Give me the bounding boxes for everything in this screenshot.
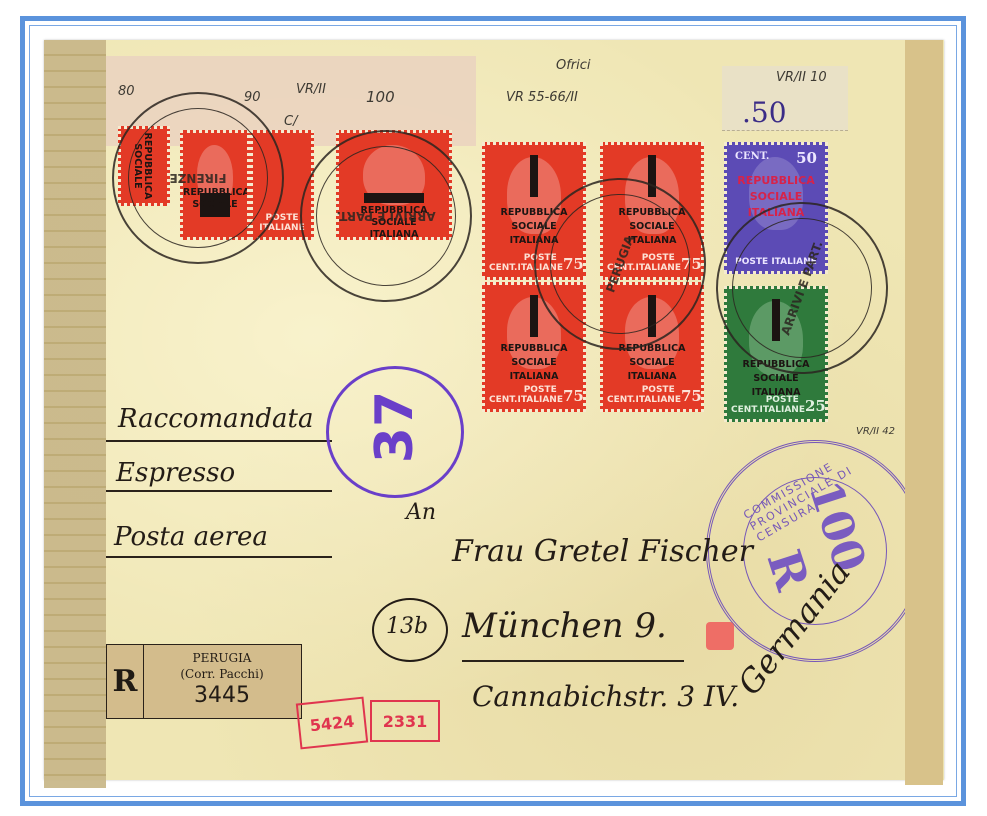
registration-city: PERUGIA	[143, 651, 301, 665]
pencil-note: VR/II 10	[776, 70, 827, 85]
stamp-denomination: 75	[563, 387, 584, 405]
service-posta-aerea: Posta aerea	[114, 522, 268, 552]
overprint-line: REPUBBLICA	[727, 175, 825, 186]
address-name: Frau Gretel Fischer	[452, 534, 753, 569]
underline	[106, 440, 332, 442]
overprint-line: ITALIANA	[485, 371, 583, 382]
postal-district-circle: 13b	[372, 598, 448, 662]
censor-tape-left	[44, 40, 106, 788]
stamp-cent: CENT.	[489, 263, 517, 273]
red-control-mark	[706, 622, 734, 650]
postmark-text: ARRIVI E PART.	[302, 209, 470, 223]
address-street: Cannabichstr. 3 IV.	[472, 680, 739, 713]
service-raccomandata: Raccomandata	[118, 404, 313, 434]
red-box-mark: 2331	[370, 700, 440, 742]
pencil-note: 90	[244, 90, 261, 105]
underline	[462, 660, 684, 662]
red-box-mark: 5424	[296, 697, 368, 750]
stamp-inscription: POSTE ITALIANE	[759, 395, 804, 415]
overprint-line: ITALIANA	[603, 371, 701, 382]
registration-number: 3445	[143, 683, 301, 708]
postmark-text: FIRENZE	[114, 171, 282, 185]
service-espresso: Espresso	[116, 458, 235, 488]
stamp-cent: CENT.	[607, 395, 635, 405]
overprint-line: SOCIALE	[727, 191, 825, 202]
stamp-cent: CENT.	[731, 405, 759, 415]
pencil-note: VR/II	[296, 82, 326, 97]
stamp-denomination: 50	[796, 149, 817, 167]
postmark-firenze: FIRENZE	[112, 92, 284, 264]
pencil-note: VR 55-66/II	[506, 90, 578, 105]
underline	[106, 490, 332, 492]
stamp-inscription: POSTE ITALIANE	[635, 385, 680, 405]
registration-office: (Corr. Pacchi)	[143, 667, 301, 681]
overprint-line: SOCIALE	[485, 357, 583, 368]
censor-tape-right	[905, 40, 943, 785]
underline	[106, 556, 332, 558]
stamp-cent: CENT.	[735, 151, 769, 162]
stamp-denomination: 75	[681, 387, 702, 405]
postmark-firenze: ARRIVI E PART.	[300, 130, 472, 302]
address-city: München 9.	[462, 606, 667, 646]
overprint-line: SOCIALE	[603, 357, 701, 368]
stamp-denomination: 25	[805, 397, 826, 415]
censor-number: 37	[365, 361, 425, 493]
pencil-note: Ofrici	[556, 58, 591, 73]
stamp-cent: CENT.	[489, 395, 517, 405]
registration-letter: R	[107, 645, 144, 718]
overprint-line: REPUBBLICA	[485, 343, 583, 354]
pencil-note: 100	[366, 88, 395, 106]
pencil-note: 80	[118, 84, 135, 99]
pencil-note: C/	[284, 114, 297, 129]
registration-label: R PERUGIA (Corr. Pacchi) 3445	[106, 644, 302, 719]
selvage-price: .50	[742, 96, 787, 129]
postal-district: 13b	[386, 614, 428, 639]
address-to: An	[406, 500, 436, 525]
stamp-inscription: POSTE ITALIANE	[517, 385, 562, 405]
censor-mark-37: 37	[326, 366, 464, 498]
overprint-line: SOCIALE	[727, 373, 825, 384]
